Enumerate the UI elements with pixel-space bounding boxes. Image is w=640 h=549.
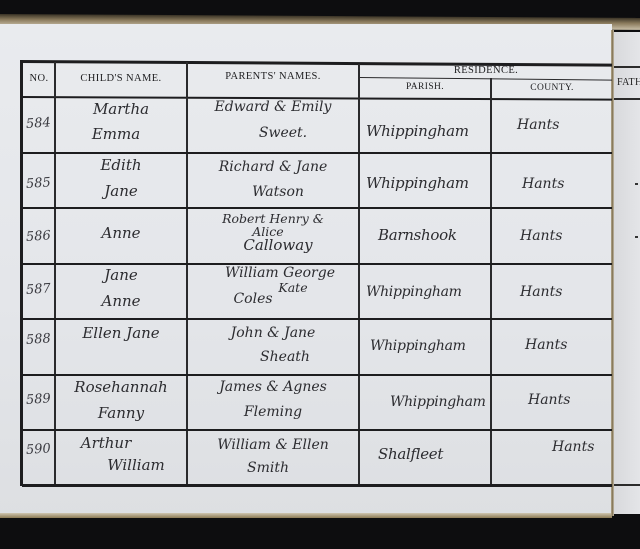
- parish: Whippingham: [366, 176, 469, 192]
- child-name-line: Fanny: [56, 406, 186, 422]
- col-rule: [358, 64, 360, 484]
- residence-subrule: [360, 77, 612, 81]
- parish: Whippingham: [370, 339, 466, 354]
- header-parish: PARISH.: [360, 82, 490, 92]
- county: Hants: [525, 338, 567, 353]
- child-name-line: William: [86, 458, 186, 474]
- parish: Shalfleet: [378, 447, 443, 463]
- entry-number: 589: [26, 392, 52, 407]
- facing-page-rule: [614, 484, 640, 486]
- child-name-line: Arthur: [26, 436, 186, 452]
- row-rule: [22, 429, 612, 431]
- register-table: NO. CHILD'S NAME. PARENTS' NAMES. RESIDE…: [20, 60, 612, 486]
- parents-names: Edward & Emily Sweet.: [188, 100, 358, 140]
- parents-line: William George: [202, 266, 358, 281]
- header-no: NO.: [24, 73, 54, 84]
- parish: Whippingham: [366, 124, 469, 140]
- child-name-line: Rosehannah: [56, 380, 186, 396]
- parents-names: John & Jane Sheath: [188, 326, 358, 364]
- child-name-line: Edith: [56, 158, 186, 174]
- table-bottom-rule: [22, 484, 612, 487]
- child-name-line: Emma: [46, 127, 186, 143]
- entry-number: 586: [26, 229, 52, 244]
- parents-line: Edward & Emily: [188, 100, 358, 115]
- parish: Whippingham: [390, 395, 486, 410]
- county: Hants: [520, 285, 562, 300]
- county: Hants: [552, 440, 594, 455]
- entry-number: 587: [26, 282, 52, 297]
- parents-names: Robert Henry & Alice Calloway: [188, 212, 358, 254]
- parents-line: Watson: [198, 185, 358, 200]
- parents-line: Smith: [178, 461, 358, 476]
- row-rule: [22, 152, 612, 154]
- child-name-line: Ellen Jane: [56, 326, 186, 342]
- child-name-line: Jane: [56, 268, 186, 284]
- county: Hants: [528, 393, 570, 408]
- parish: Whippingham: [366, 285, 462, 300]
- register-photo: FATH NO. CHILD'S NAME. PARENTS' NAMES. R…: [0, 0, 640, 549]
- child-name-line: Martha: [56, 102, 186, 118]
- parents-line: Coles: [148, 292, 358, 307]
- facing-page-mark: [635, 236, 638, 238]
- child-name: Edith Jane: [56, 158, 186, 200]
- facing-page-rule: [614, 98, 640, 100]
- child-name: Arthur William: [56, 436, 186, 474]
- child-name-line: Jane: [56, 184, 186, 200]
- parents-line: Sheath: [212, 350, 358, 365]
- header-county: COUNTY.: [492, 83, 612, 93]
- parents-line: John & Jane: [188, 326, 358, 341]
- county: Hants: [522, 177, 564, 192]
- child-name-line: Anne: [56, 226, 186, 242]
- child-name: Martha Emma: [56, 102, 186, 143]
- parents-line: James & Agnes: [188, 380, 358, 395]
- parents-names: Richard & Jane Watson: [188, 160, 358, 199]
- entry-number: 588: [26, 332, 52, 347]
- facing-page-mark: [635, 183, 638, 185]
- parish: Barnshook: [378, 228, 457, 244]
- row-rule: [22, 207, 612, 209]
- child-name: Ellen Jane: [56, 326, 186, 342]
- child-name: Anne: [56, 226, 186, 242]
- facing-page-rule: [614, 66, 640, 68]
- parents-names: William George Kate Coles: [188, 266, 358, 307]
- parents-line: Fleming: [188, 405, 358, 420]
- row-rule: [22, 374, 612, 376]
- entry-number: 585: [26, 176, 52, 191]
- parents-names: William & Ellen Smith: [188, 438, 358, 475]
- page-bottom-edge: [0, 513, 612, 518]
- header-child-name: CHILD'S NAME.: [56, 73, 186, 84]
- header-residence: RESIDENCE.: [360, 65, 612, 76]
- header-parents-names: PARENTS' NAMES.: [188, 71, 358, 82]
- parents-line: William & Ellen: [188, 438, 358, 453]
- facing-page-edge: [614, 32, 640, 514]
- col-rule: [490, 78, 492, 484]
- county: Hants: [517, 118, 559, 133]
- row-rule: [22, 318, 612, 320]
- table-left-rule: [20, 60, 23, 486]
- parents-line: Sweet.: [208, 126, 358, 141]
- parents-line: Richard & Jane: [188, 160, 358, 175]
- parents-names: James & Agnes Fleming: [188, 380, 358, 419]
- county: Hants: [520, 229, 562, 244]
- child-name: Rosehannah Fanny: [56, 380, 186, 422]
- parents-line: Calloway: [198, 238, 358, 254]
- facing-page-header: FATH: [617, 77, 640, 88]
